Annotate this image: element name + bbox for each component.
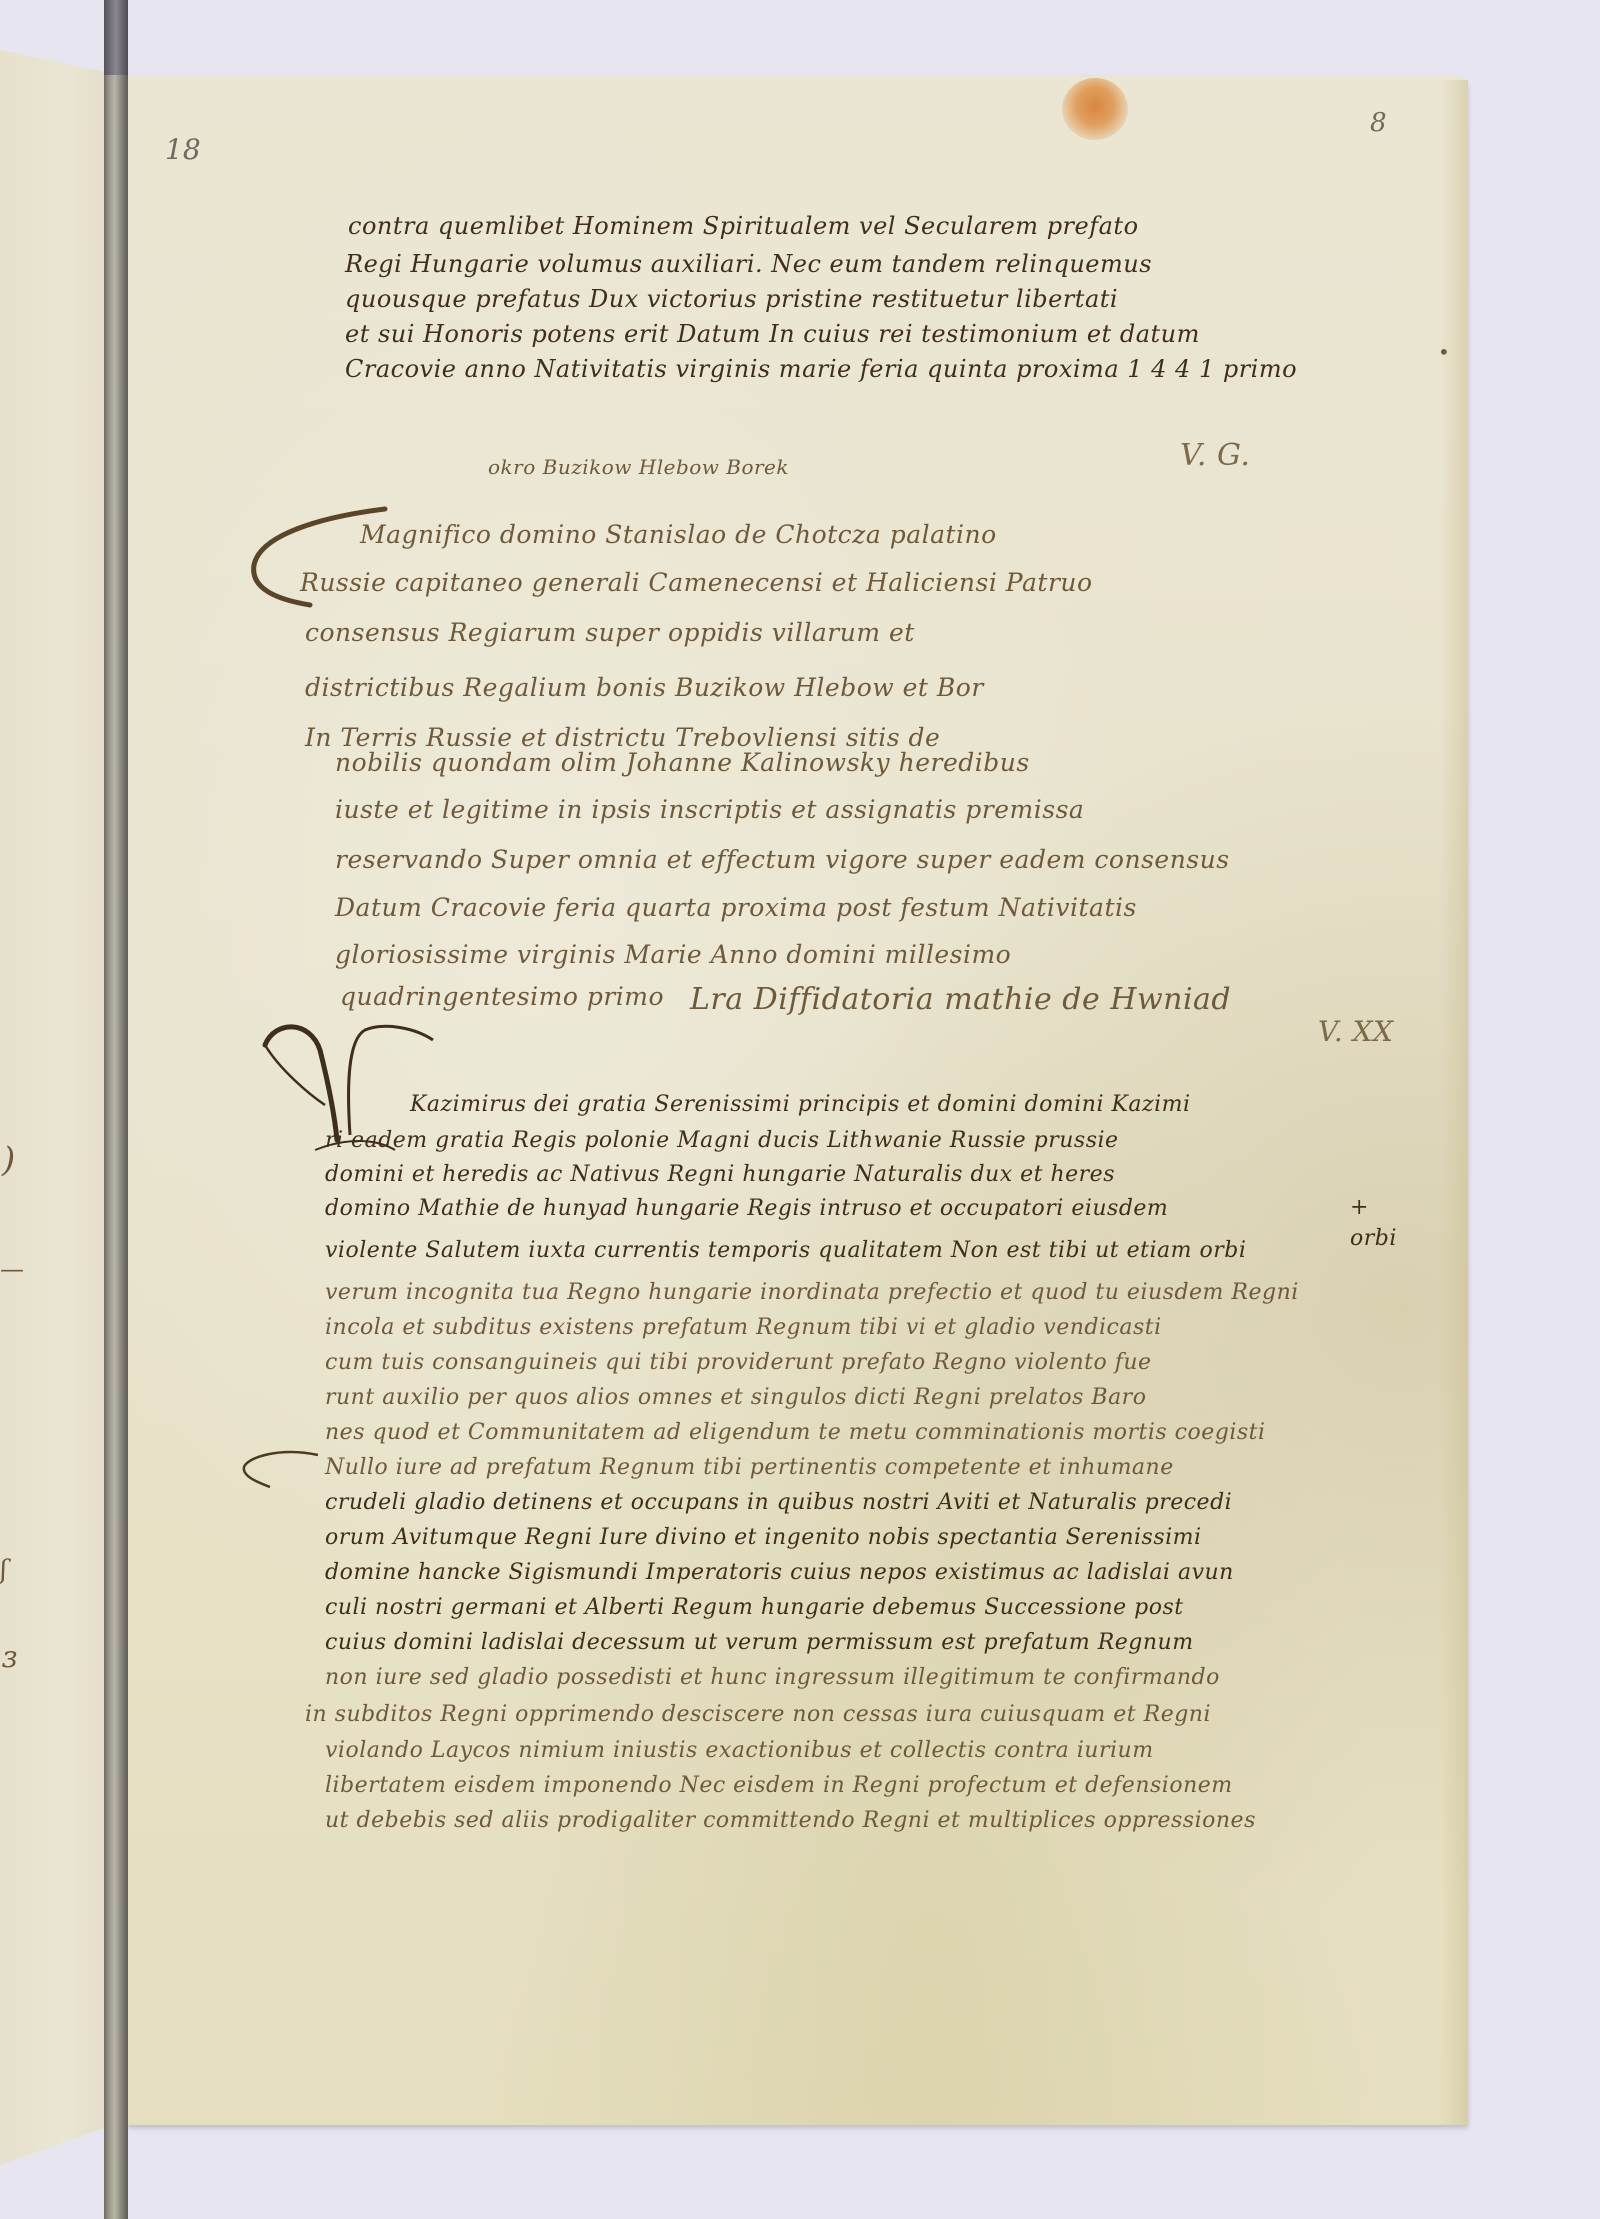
text-line: Cracovie anno Nativitatis virginis marie… — [345, 355, 1297, 383]
margin-cross: + — [1350, 1195, 1369, 1220]
text-line: domino Mathie de hunyad hungarie Regis i… — [325, 1196, 1168, 1221]
text-line: quousque prefatus Dux victorius pristine… — [345, 285, 1118, 313]
text-line: cuius domini ladislai decessum ut verum … — [325, 1630, 1194, 1655]
left-facing-page — [0, 0, 112, 2219]
section-heading: Lra Diffidatoria mathie de Hwniad — [690, 982, 1231, 1017]
text-line: gloriosissime virginis Marie Anno domini… — [335, 940, 1011, 969]
text-line: districtibus Regalium bonis Buzikow Hleb… — [305, 673, 984, 702]
text-line: Kazimirus dei gratia Serenissimi princip… — [410, 1092, 1191, 1117]
left-page-fragment: ɜ — [2, 1640, 18, 1675]
margin-note-orbi: orbi — [1350, 1226, 1397, 1251]
text-line: orum Avitumque Regni Iure divino et inge… — [325, 1525, 1202, 1550]
text-line: incola et subditus existens prefatum Reg… — [325, 1315, 1162, 1340]
text-line: Russie capitaneo generali Camenecensi et… — [300, 568, 1093, 597]
margin-dot: • — [1438, 340, 1450, 364]
section-heading: okro Buzikow Hlebow Borek — [488, 455, 789, 479]
margin-note: V. G. — [1180, 438, 1250, 473]
text-line: contra quemlibet Hominem Spiritualem vel… — [348, 212, 1139, 240]
text-line: Magnifico domino Stanislao de Chotcza pa… — [360, 520, 997, 549]
gutter-shadow — [104, 0, 128, 75]
text-line: ri eadem gratia Regis polonie Magni duci… — [325, 1128, 1119, 1153]
text-line: nes quod et Communitatem ad eligendum te… — [325, 1420, 1266, 1445]
left-page-fragment: ʃ — [0, 1555, 8, 1585]
text-line: violente Salutem iuxta currentis tempori… — [325, 1238, 1246, 1263]
text-line: Nullo iure ad prefatum Regnum tibi perti… — [325, 1455, 1174, 1480]
text-line: iuste et legitime in ipsis inscriptis et… — [335, 795, 1084, 824]
text-line: non iure sed gladio possedisti et hunc i… — [325, 1665, 1220, 1690]
text-line: consensus Regiarum super oppidis villaru… — [305, 618, 915, 647]
text-line: Datum Cracovie feria quarta proxima post… — [335, 893, 1137, 922]
text-line: Regi Hungarie volumus auxiliari. Nec eum… — [345, 250, 1152, 278]
text-line: reservando Super omnia et effectum vigor… — [335, 845, 1230, 874]
text-line: domini et heredis ac Nativus Regni hunga… — [325, 1162, 1115, 1187]
text-line: cum tuis consanguineis qui tibi provider… — [325, 1350, 1152, 1375]
left-page-fragment: — — [0, 1255, 25, 1283]
text-line: runt auxilio per quos alios omnes et sin… — [325, 1385, 1146, 1410]
book-gutter — [104, 0, 128, 2219]
text-line: quadringentesimo primo — [340, 982, 664, 1011]
margin-note: V. XX — [1318, 1015, 1394, 1048]
text-line: et sui Honoris potens erit Datum In cuiu… — [345, 320, 1200, 348]
text-line: libertatem eisdem imponendo Nec eisdem i… — [325, 1773, 1233, 1798]
page-edge-shading — [1440, 80, 1468, 2125]
left-page-fragment: ) — [2, 1140, 16, 1180]
text-line: domine hancke Sigismundi Imperatoris cui… — [325, 1560, 1234, 1585]
folio-number-right: 8 — [1370, 108, 1387, 138]
text-line: verum incognita tua Regno hungarie inord… — [325, 1280, 1299, 1305]
text-line: ut debebis sed aliis prodigaliter commit… — [325, 1808, 1256, 1833]
folio-number-left: 18 — [165, 133, 201, 166]
text-line: crudeli gladio detinens et occupans in q… — [325, 1490, 1232, 1515]
text-line: culi nostri germani et Alberti Regum hun… — [325, 1595, 1184, 1620]
text-line: in subditos Regni opprimendo desciscere … — [305, 1702, 1211, 1727]
text-line: violando Laycos nimium iniustis exaction… — [325, 1738, 1154, 1763]
text-line: nobilis quondam olim Johanne Kalinowsky … — [335, 748, 1030, 777]
rust-stain — [1062, 78, 1128, 140]
